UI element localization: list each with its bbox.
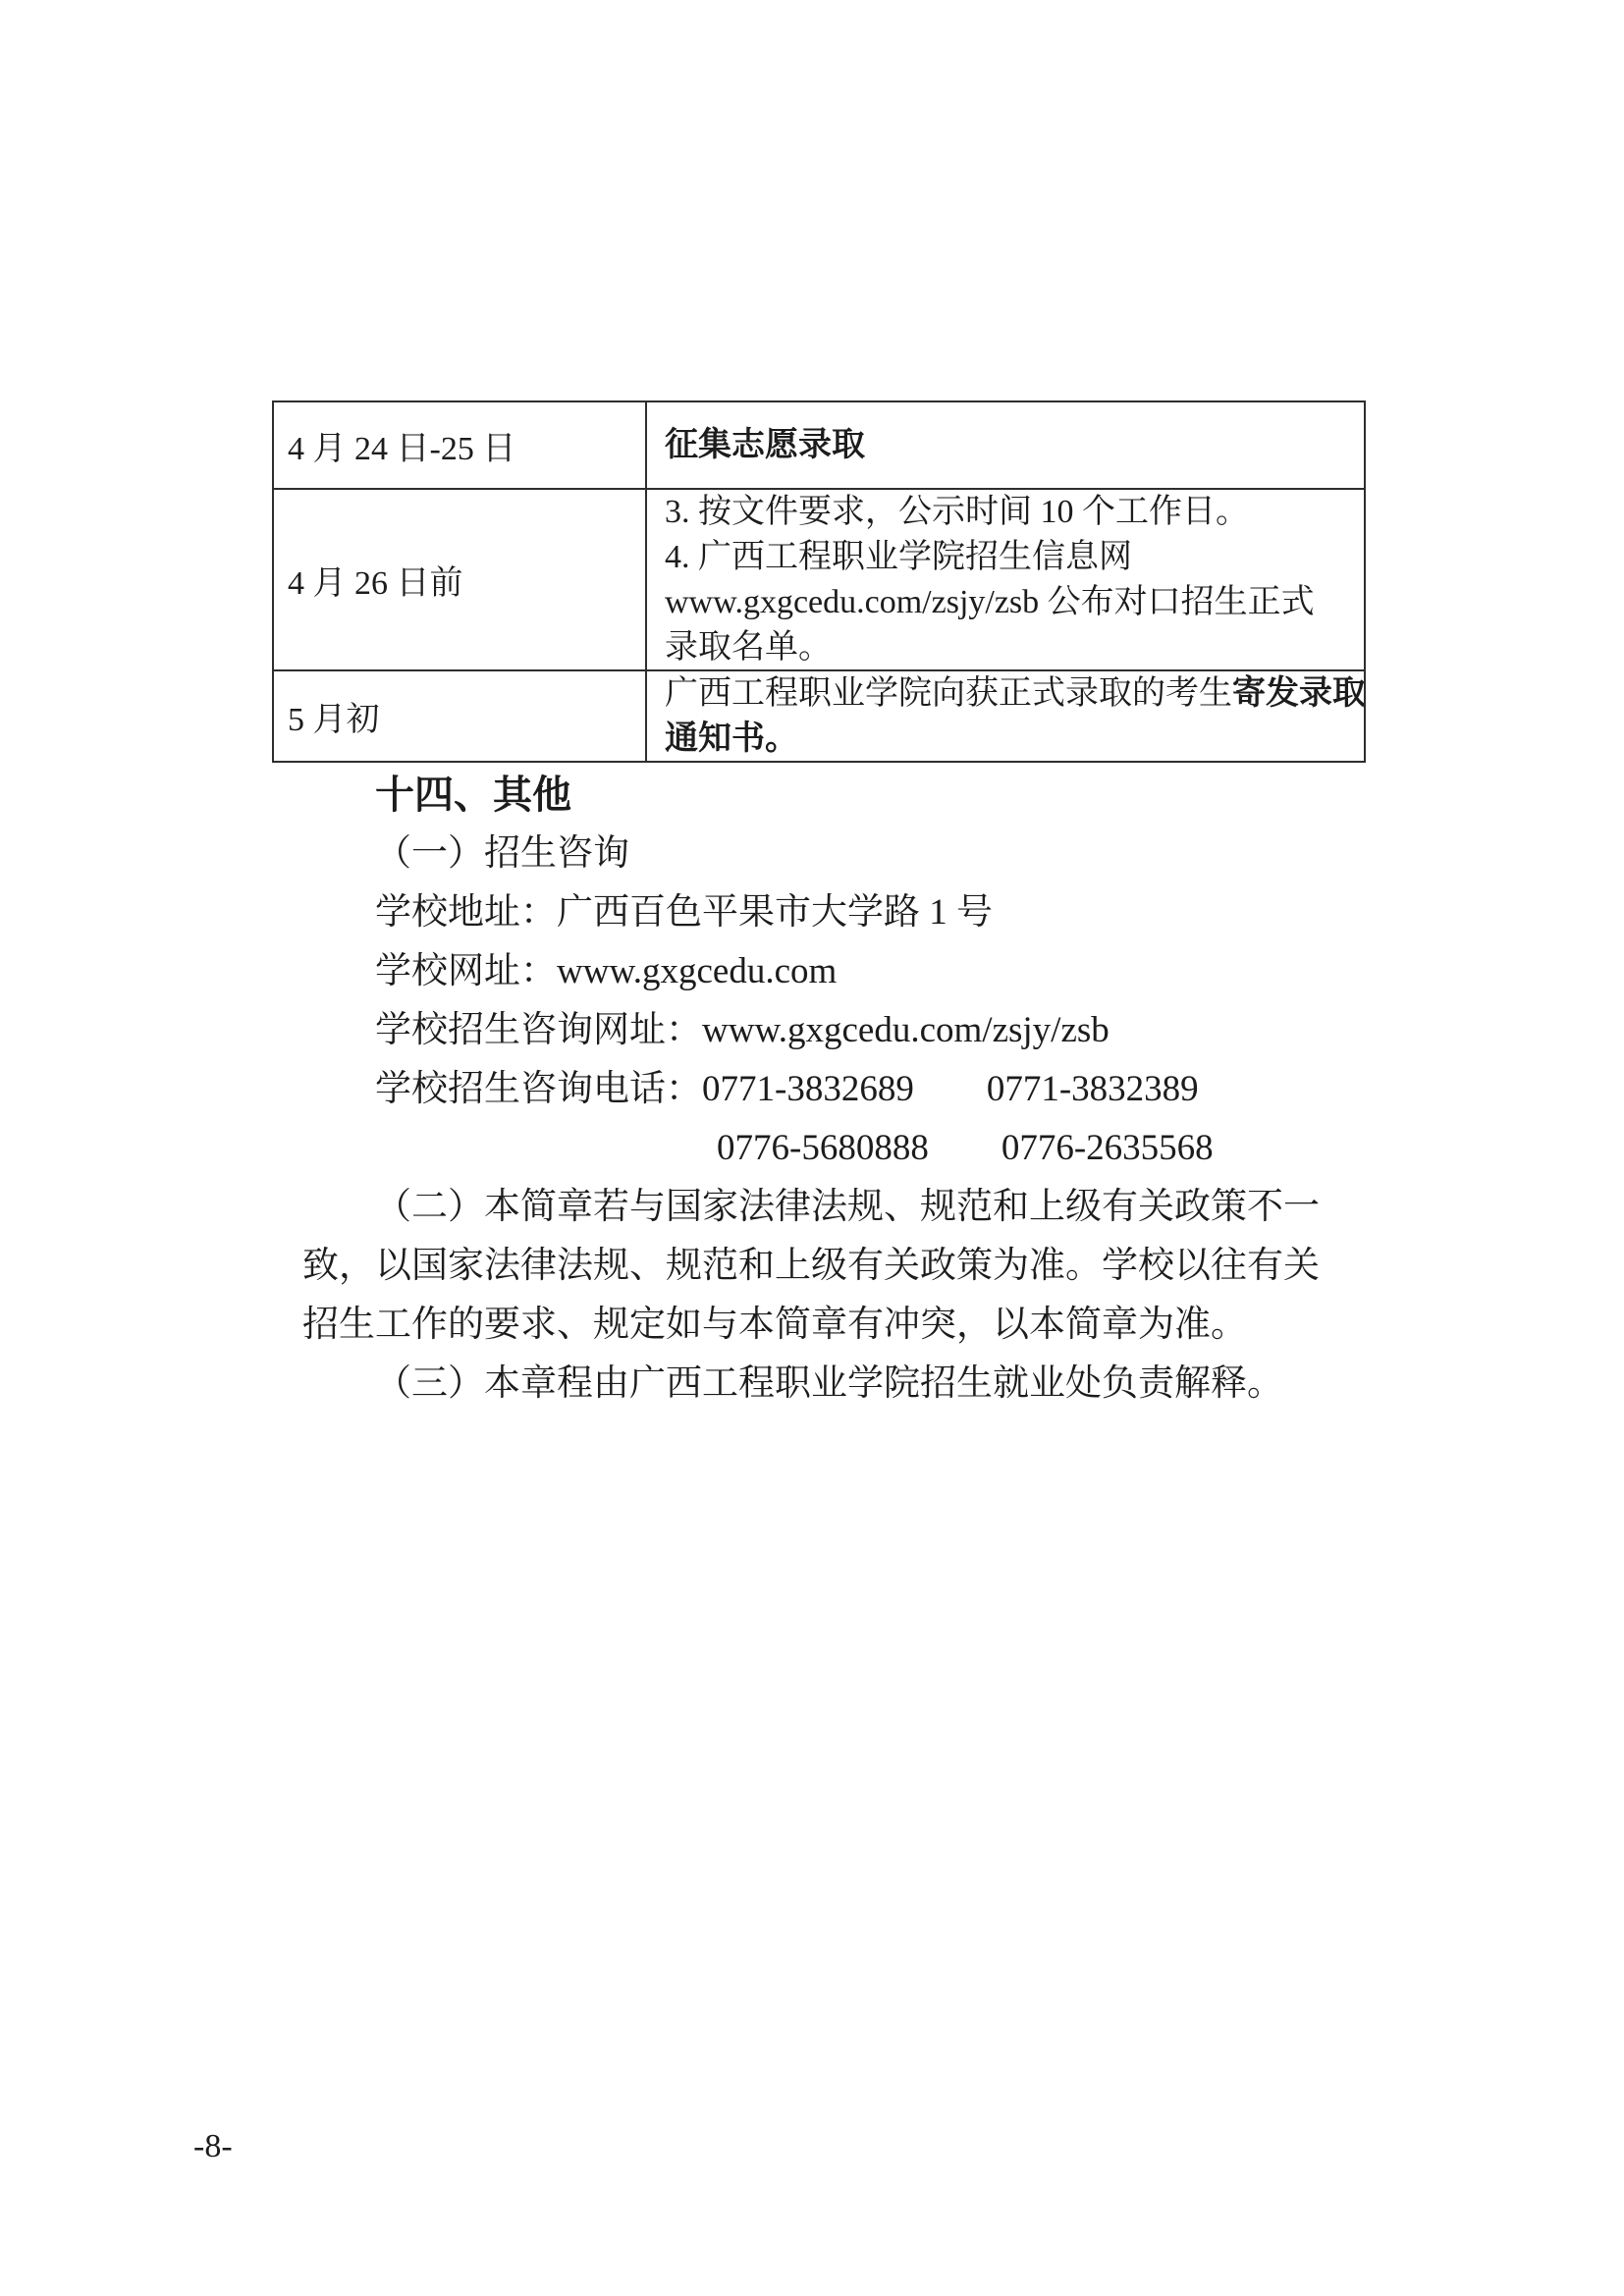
content-line: 录取名单。 — [665, 625, 1360, 670]
content-line: 4. 广西工程职业学院招生信息网 — [665, 535, 1360, 580]
content-line: 通知书。 — [665, 717, 1360, 762]
date-cell: 4 月 24 日-25 日 — [274, 402, 647, 488]
section-heading: 十四、其他 — [302, 766, 1329, 825]
content-text-normal: 广西工程职业学院向获正式录取的考生 — [665, 675, 1232, 712]
clause-2-line-3: 招生工作的要求、规定如与本简章有冲突，以本简章为准。 — [302, 1296, 1329, 1355]
clause-3-line: （三）本章程由广西工程职业学院招生就业处负责解释。 — [302, 1355, 1329, 1414]
phone-line-1: 学校招生咨询电话：0771-3832689 0771-3832389 — [302, 1060, 1329, 1119]
phone-line-2: 0776-5680888 0776-2635568 — [302, 1119, 1329, 1178]
content-cell: 征集志愿录取 — [665, 423, 1360, 468]
content-cell: 3. 按文件要求，公示时间 10 个工作日。 4. 广西工程职业学院招生信息网 … — [647, 490, 1364, 669]
content-text-bold: 寄发录取 — [1232, 675, 1364, 712]
clause-2-line-2: 致，以国家法律法规、规范和上级有关政策为准。学校以往有关 — [302, 1237, 1329, 1296]
clause-2-line-1: （二）本简章若与国家法律法规、规范和上级有关政策不一 — [302, 1178, 1329, 1237]
content-line: www.gxgcedu.com/zsjy/zsb 公布对口招生正式 — [665, 580, 1360, 625]
date-cell: 4 月 26 日前 — [274, 490, 647, 669]
schedule-table: 4 月 24 日-25 日 征集志愿录取 4 月 26 日前 3. 按文件要求，… — [272, 400, 1366, 763]
table-row: 4 月 24 日-25 日 征集志愿录取 — [274, 402, 1364, 488]
content-cell: 广西工程职业学院向获正式录取的考生寄发录取 通知书。 — [647, 671, 1364, 761]
content-line: 广西工程职业学院向获正式录取的考生寄发录取 — [665, 671, 1360, 717]
subsection-title-consult: （一）招生咨询 — [302, 825, 1329, 883]
document-page: 4 月 24 日-25 日 征集志愿录取 4 月 26 日前 3. 按文件要求，… — [0, 0, 1624, 2296]
page-number: -8- — [193, 2128, 233, 2165]
school-address-line: 学校地址：广西百色平果市大学路 1 号 — [302, 883, 1329, 942]
other-section: 十四、其他 （一）招生咨询 学校地址：广西百色平果市大学路 1 号 学校网址：w… — [302, 766, 1329, 1414]
table-row: 5 月初 广西工程职业学院向获正式录取的考生寄发录取 通知书。 — [274, 669, 1364, 761]
table-row: 4 月 26 日前 3. 按文件要求，公示时间 10 个工作日。 4. 广西工程… — [274, 488, 1364, 669]
admission-website-line: 学校招生咨询网址：www.gxgcedu.com/zsjy/zsb — [302, 1001, 1329, 1060]
school-website-line: 学校网址：www.gxgcedu.com — [302, 942, 1329, 1001]
content-line: 3. 按文件要求，公示时间 10 个工作日。 — [665, 490, 1360, 535]
date-cell: 5 月初 — [274, 671, 647, 761]
